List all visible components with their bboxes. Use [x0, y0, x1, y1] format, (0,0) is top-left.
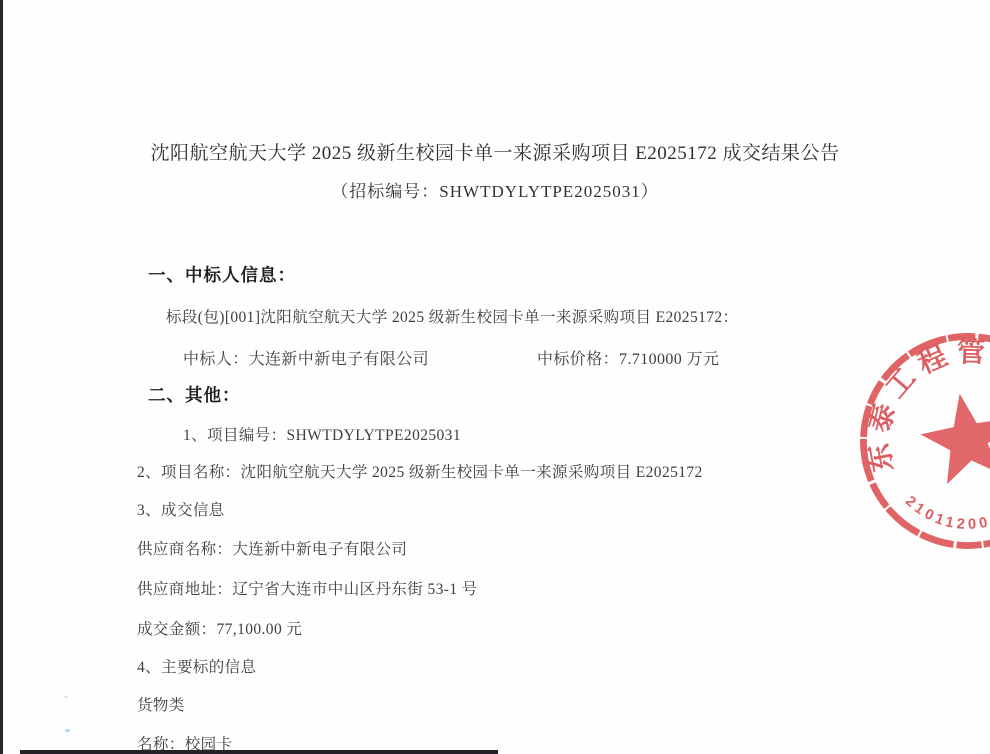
winning-price-line: 中标价格：7.710000 万元 [537, 346, 719, 369]
seal-star-icon [915, 386, 990, 488]
section-one-heading: 一、中标人信息： [148, 262, 296, 287]
winner-name-line: 中标人：大连新中新电子有限公司 [183, 346, 429, 369]
scan-edge-bottom [20, 750, 498, 754]
svg-text:21011200112: 21011200112 [902, 493, 990, 533]
document-title: 沈阳航空航天大学 2025 级新生校园卡单一来源采购项目 E2025172 成交… [0, 138, 990, 165]
seal-serial-number: 21011200112 [902, 493, 990, 533]
goods-name-line: 名称：校园卡 [137, 732, 232, 754]
goods-category-line: 货物类 [137, 693, 185, 715]
company-red-seal: 东泰工程管理集团 21011200112 [853, 326, 990, 556]
section-two-heading: 二、其他： [148, 382, 241, 407]
scan-speck [65, 729, 70, 732]
scanned-document-page: 沈阳航空航天大学 2025 级新生校园卡单一来源采购项目 E2025172 成交… [0, 0, 990, 754]
deal-amount-line: 成交金额：77,100.00 元 [137, 617, 302, 639]
lot-package-line: 标段(包)[001]沈阳航空航天大学 2025 级新生校园卡单一来源采购项目 E… [166, 305, 738, 327]
supplier-name-line: 供应商名称：大连新中新电子有限公司 [137, 537, 407, 559]
seal-graphic: 东泰工程管理集团 21011200112 [853, 326, 990, 556]
project-number-line: 1、项目编号：SHWTDYLYTPE2025031 [183, 423, 461, 445]
scan-edge-left [0, 0, 3, 754]
deal-info-line: 3、成交信息 [137, 498, 225, 520]
tender-number-subtitle: （招标编号：SHWTDYLYTPE2025031） [0, 177, 990, 202]
project-name-line: 2、项目名称：沈阳航空航天大学 2025 级新生校园卡单一来源采购项目 E202… [137, 460, 703, 482]
main-subject-info-line: 4、主要标的信息 [137, 655, 256, 677]
supplier-address-line: 供应商地址：辽宁省大连市中山区丹东街 53-1 号 [137, 577, 478, 599]
scan-speck [64, 696, 68, 698]
